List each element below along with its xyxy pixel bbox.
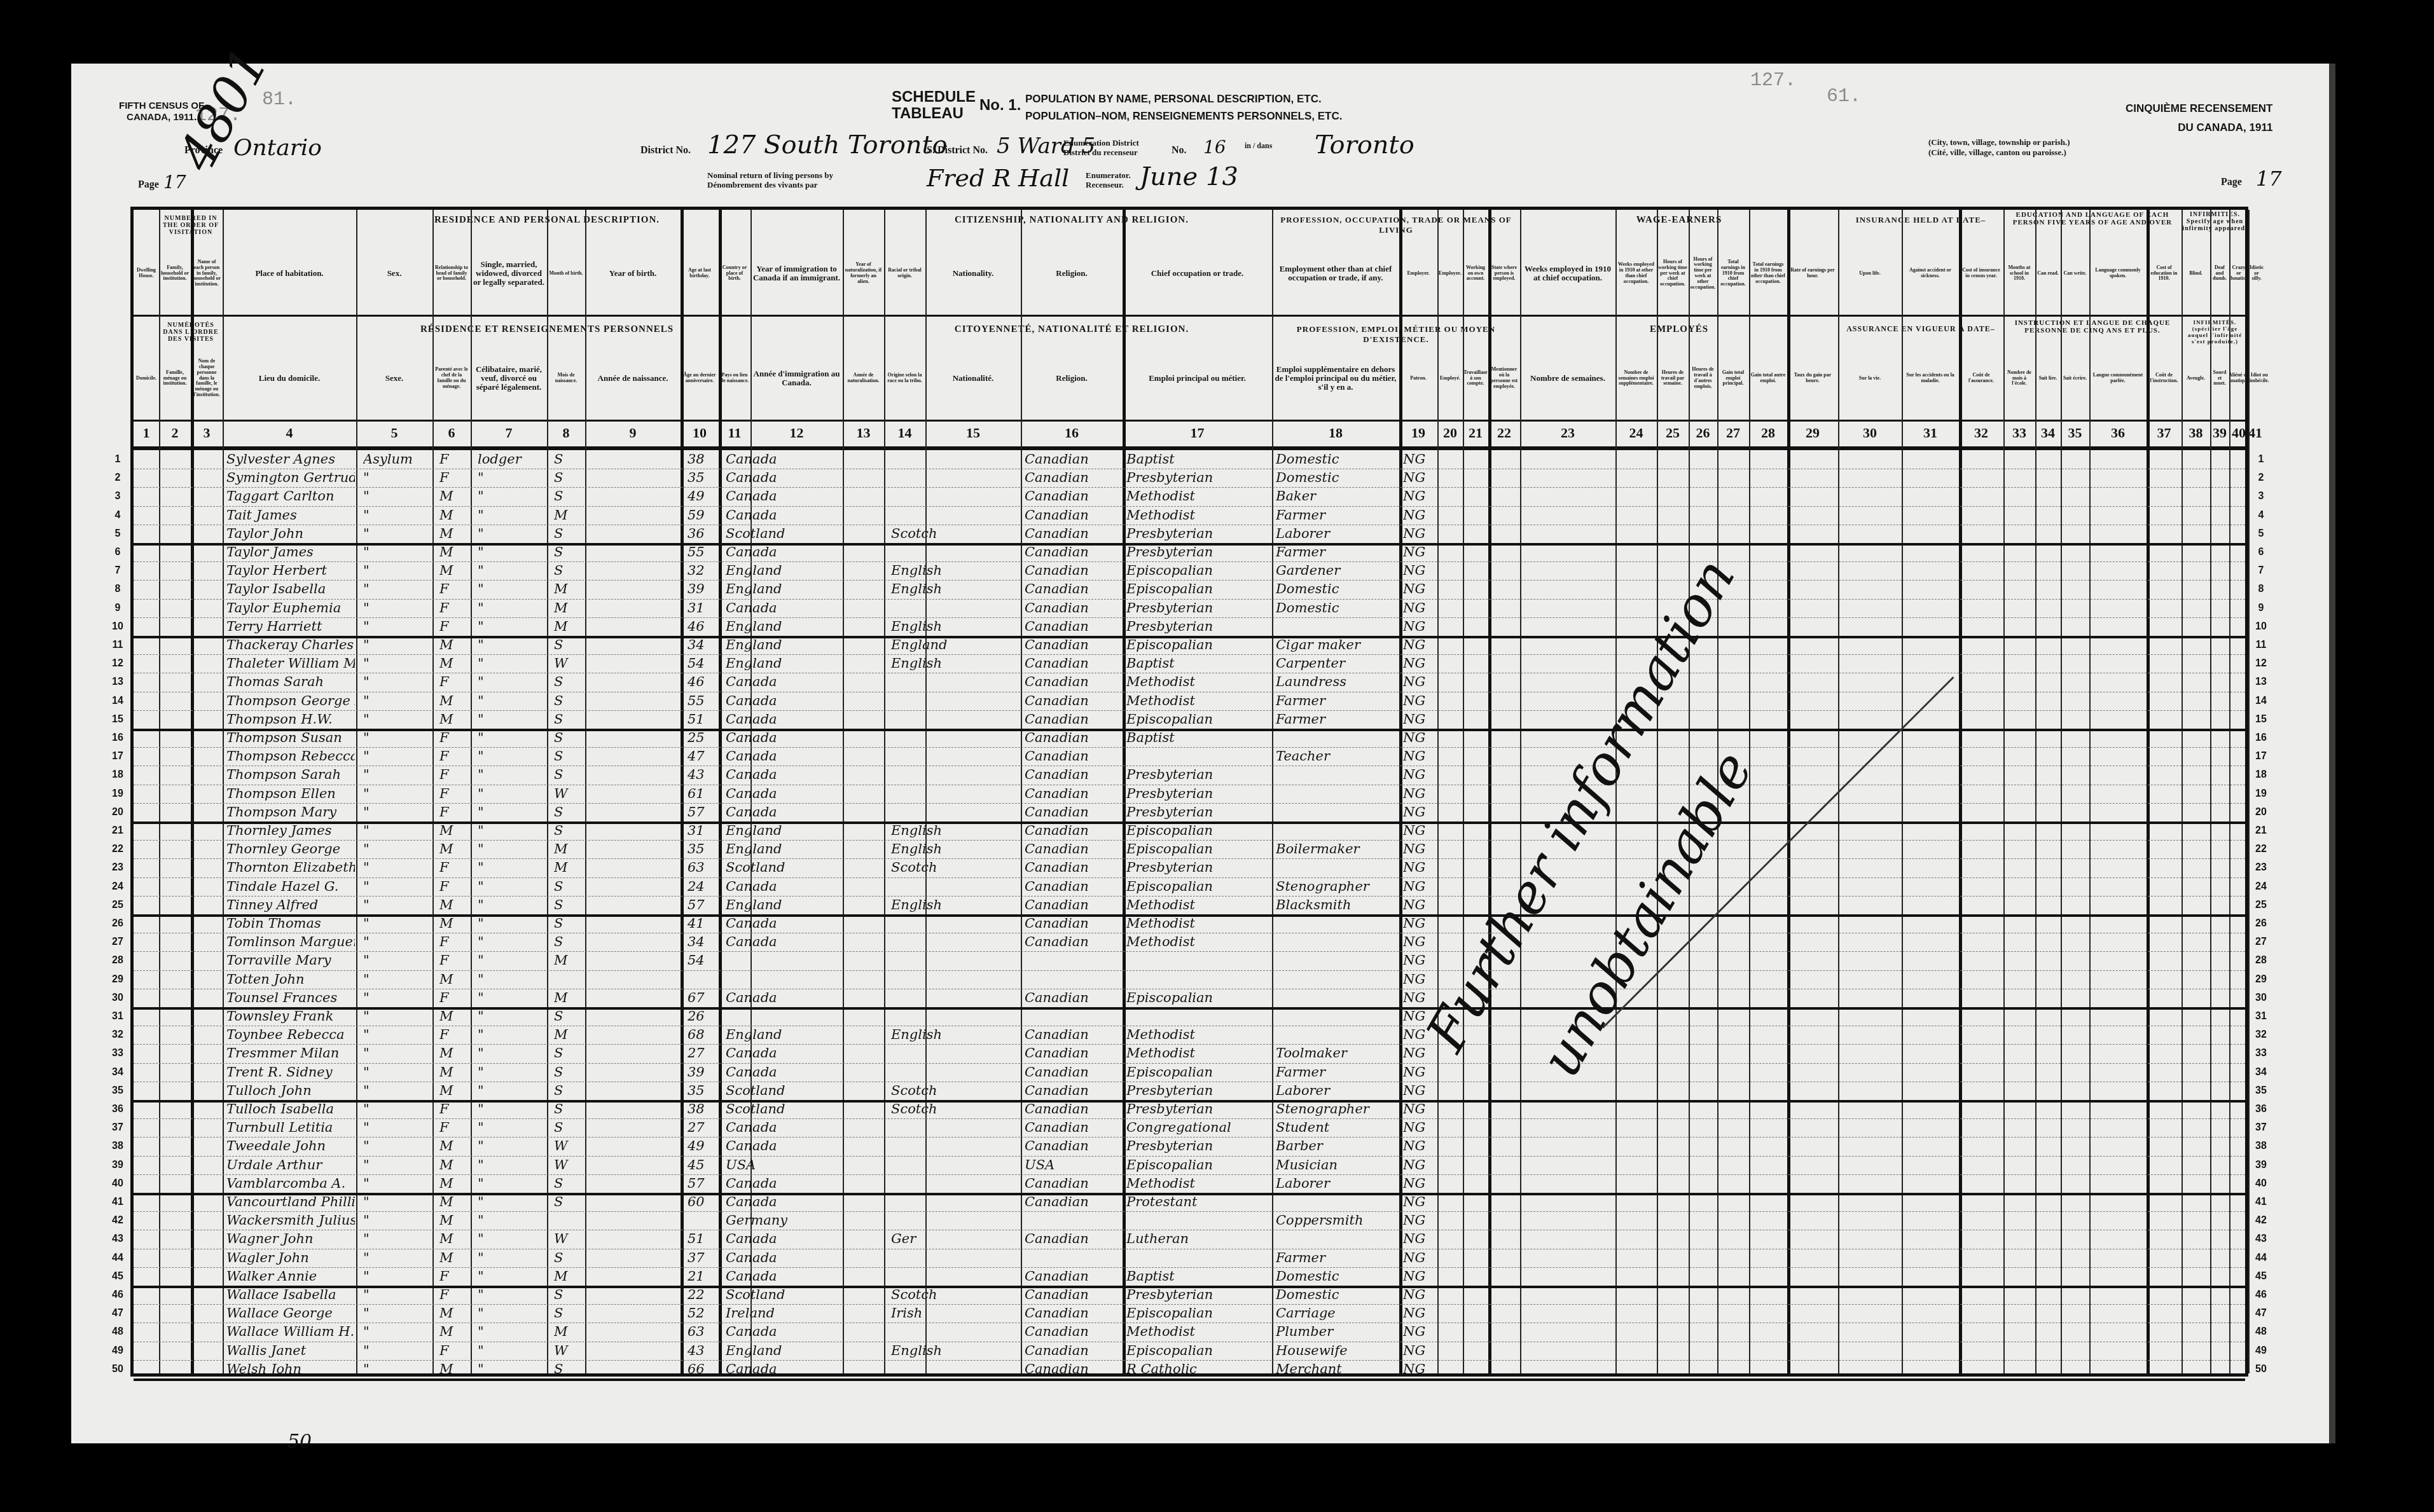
district-value: 127 South Toronto <box>707 130 948 160</box>
cell-mark: NG <box>1403 1083 1436 1098</box>
cell-habitation: " <box>363 711 428 727</box>
cell-habitation: " <box>363 823 428 838</box>
column-header-fr: Sur la vie. <box>1839 340 1900 416</box>
line-number: 33 <box>108 1048 127 1059</box>
line-number: 3 <box>108 491 127 502</box>
cell-mark: NG <box>1403 1101 1436 1117</box>
cell-habitation: " <box>363 1064 428 1080</box>
line-number: 22 <box>2251 844 2271 855</box>
table-row: 1616Thompson Susan"F"S25CanadaCanadianBa… <box>134 729 2245 747</box>
column-number: 1 <box>134 425 159 441</box>
table-row: 2121Thornley James"M"S31EnglandEnglishCa… <box>134 821 2245 840</box>
column-header-fr: Coût de l'assurance. <box>1960 340 2002 416</box>
census-title-fr: CINQUIÈME RECENSEMENT DU CANADA, 1911 <box>2126 99 2272 137</box>
column-header-fr: Travaillant à son compte. <box>1464 340 1487 416</box>
cell-sex: F <box>439 952 466 968</box>
cell-age: 57 <box>688 1176 714 1191</box>
cell-habitation: " <box>363 656 428 671</box>
column-number: 27 <box>1717 425 1749 441</box>
cell-age: 32 <box>688 563 714 578</box>
cell-nationality: Canadian <box>1025 1194 1118 1209</box>
cell-sex: M <box>439 1194 466 1209</box>
line-number: 9 <box>2251 603 2271 614</box>
cell-nationality: Canadian <box>1025 1231 1118 1246</box>
cell-religion: Methodist <box>1126 934 1268 949</box>
cell-relation: " <box>478 1343 543 1358</box>
cell-birthplace: Canada <box>726 674 810 689</box>
cell-name: Taylor Euphemia <box>226 600 355 615</box>
cell-name: Thompson Rebecca <box>226 748 355 764</box>
column-number: 40 <box>2229 425 2248 441</box>
column-header-en: Blind. <box>2183 235 2209 312</box>
cell-status: S <box>554 1361 581 1377</box>
line-number: 4 <box>108 510 127 521</box>
cell-habitation: " <box>363 972 428 987</box>
line-number: 5 <box>108 528 127 540</box>
cell-mark: NG <box>1403 1343 1436 1358</box>
nominal-return-en: Nominal return of living persons by <box>707 170 833 180</box>
scan-border-left <box>0 64 71 1507</box>
cell-habitation: " <box>363 990 428 1005</box>
cell-mark: NG <box>1403 897 1436 912</box>
column-header-fr: Taux du gain par heure. <box>1788 340 1837 416</box>
cell-habitation: " <box>363 1157 428 1172</box>
cell-religion: Methodist <box>1126 693 1268 708</box>
cell-religion: Congregational <box>1126 1120 1268 1135</box>
cell-religion: Episcopalian <box>1126 563 1268 578</box>
line-number: 21 <box>2251 825 2271 837</box>
cell-name: Thackeray Charles <box>226 637 355 652</box>
cell-occupation: Plumber <box>1276 1324 1398 1339</box>
cell-name: Thompson Mary <box>226 804 355 820</box>
column-number: 4 <box>223 425 356 441</box>
cell-birthplace: England <box>726 656 810 671</box>
column-header-en: Month of birth. <box>548 235 584 312</box>
line-number: 37 <box>2251 1122 2271 1134</box>
cell-sex: M <box>439 841 466 856</box>
cell-birthplace: Canada <box>726 934 810 949</box>
cell-occupation: Farmer <box>1276 544 1398 560</box>
line-number: 10 <box>2251 621 2271 633</box>
table-row: 3131Townsley Frank"M"S26NG <box>134 1007 2245 1026</box>
cell-nationality: Canadian <box>1025 1101 1118 1117</box>
column-number: 23 <box>1520 425 1615 441</box>
cell-occupation: Laborer <box>1276 526 1398 541</box>
stamp-81-left: 81. <box>262 89 296 111</box>
line-number: 27 <box>108 937 127 948</box>
cell-sex: F <box>439 619 466 634</box>
cell-religion: Presbyterian <box>1126 470 1268 485</box>
cell-age: 52 <box>688 1305 714 1321</box>
cell-name: Thomas Sarah <box>226 674 355 689</box>
cell-relation: " <box>478 1083 543 1098</box>
column-header-en: Weeks employed in 1910 at chief occupati… <box>1521 235 1614 312</box>
cell-status: M <box>554 600 581 615</box>
table-row: 3232Toynbee Rebecca"F"M68EnglandEnglishC… <box>134 1026 2245 1044</box>
section-insurance-fr: ASSURANCE EN VIGUEUR À DATE– <box>1838 324 2003 334</box>
cell-status: W <box>554 1157 581 1172</box>
province-label: Province <box>184 145 223 156</box>
cell-occupation: Domestic <box>1276 1287 1398 1302</box>
cell-sex: F <box>439 470 466 485</box>
column-header-en: Idiotic or silly. <box>2250 235 2264 312</box>
column-header-fr: Pays ou lieu de naissance. <box>720 340 749 416</box>
cell-birthplace: Scotland <box>726 1287 810 1302</box>
line-number: 17 <box>2251 751 2271 762</box>
cell-nationality: Canadian <box>1025 823 1118 838</box>
cell-status: S <box>554 1064 581 1080</box>
column-header-en: Year of immigration to Canada if an immi… <box>752 235 841 312</box>
cell-religion: Episcopalian <box>1126 879 1268 894</box>
cell-occupation: Laundress <box>1276 674 1398 689</box>
column-number: 25 <box>1657 425 1689 441</box>
column-header-en: Deaf and dumb. <box>2211 235 2228 312</box>
cell-occupation: Domestic <box>1276 451 1398 467</box>
cell-birthplace: Canada <box>726 1361 810 1377</box>
cell-sex: F <box>439 674 466 689</box>
cell-habitation: " <box>363 879 428 894</box>
cell-name: Townsley Frank <box>226 1008 355 1024</box>
cell-age: 66 <box>688 1361 714 1377</box>
cell-birthplace: Canada <box>726 507 810 523</box>
cell-status: S <box>554 916 581 931</box>
line-number: 21 <box>108 825 127 837</box>
column-header-fr: Mois de naissance. <box>548 340 584 416</box>
cell-relation: " <box>478 600 543 615</box>
cell-habitation: " <box>363 1231 428 1246</box>
enumeration-date: June 13 <box>1140 162 1238 191</box>
cell-name: Wagner John <box>226 1231 355 1246</box>
cell-mark: NG <box>1403 711 1436 727</box>
column-number: 17 <box>1123 425 1272 441</box>
column-header-en: Against accident or sickness. <box>1903 235 1958 312</box>
cell-name: Taggart Carlton <box>226 488 355 504</box>
line-number: 39 <box>108 1160 127 1171</box>
cell-occupation: Farmer <box>1276 693 1398 708</box>
cell-mark: NG <box>1403 1213 1436 1228</box>
cell-status: W <box>554 1231 581 1246</box>
column-header-fr: Gain total autre emploi. <box>1750 340 1786 416</box>
cell-habitation: " <box>363 934 428 949</box>
cell-relation: " <box>478 972 543 987</box>
cell-age: 25 <box>688 730 714 745</box>
cell-religion: Baptist <box>1126 730 1268 745</box>
line-number: 39 <box>2251 1160 2271 1171</box>
cell-occupation: Stenographer <box>1276 879 1398 894</box>
column-number: 31 <box>1902 425 1959 441</box>
table-row: 4848Wallace William H."M"M63CanadaCanadi… <box>134 1323 2245 1341</box>
cell-status: S <box>554 1101 581 1117</box>
cell-mark: NG <box>1403 544 1436 560</box>
cell-name: Thornley James <box>226 823 355 838</box>
cell-origin: English <box>891 897 1020 912</box>
cell-relation: " <box>478 711 543 727</box>
cell-religion: Baptist <box>1126 656 1268 671</box>
table-row: 1919Thompson Ellen"F"W61CanadaCanadianPr… <box>134 785 2245 803</box>
cell-mark: NG <box>1403 804 1436 820</box>
line-number: 41 <box>108 1197 127 1208</box>
cell-status: S <box>554 1176 581 1191</box>
schedule-desc: POPULATION BY NAME, PERSONAL DESCRIPTION… <box>1025 90 1342 125</box>
cell-sex: M <box>439 972 466 987</box>
cell-sex: M <box>439 544 466 560</box>
cell-origin: Ger <box>891 1231 1020 1246</box>
cell-habitation: " <box>363 470 428 485</box>
table-row: 2525Tinney Alfred"M"S57EnglandEnglishCan… <box>134 896 2245 914</box>
cell-relation: " <box>478 1157 543 1172</box>
cell-origin: English <box>891 1343 1020 1358</box>
column-header-fr: Patron. <box>1400 340 1436 416</box>
table-row: 88Taylor Isabella"F"M39EnglandEnglishCan… <box>134 580 2245 598</box>
cell-origin: English <box>891 656 1020 671</box>
cell-nationality: Canadian <box>1025 1027 1118 1042</box>
cell-status: S <box>554 637 581 652</box>
cell-name: Welsh John <box>226 1361 355 1377</box>
cell-relation: " <box>478 1287 543 1302</box>
cell-occupation: Cigar maker <box>1276 637 1398 652</box>
cell-habitation: " <box>363 916 428 931</box>
cell-sex: M <box>439 916 466 931</box>
cell-age: 38 <box>688 1101 714 1117</box>
cell-age: 46 <box>688 674 714 689</box>
column-number: 9 <box>585 425 681 441</box>
cell-age: 54 <box>688 952 714 968</box>
cell-relation: " <box>478 916 543 931</box>
column-number: 21 <box>1463 425 1488 441</box>
cell-age: 31 <box>688 823 714 838</box>
cell-habitation: " <box>363 767 428 782</box>
cell-nationality: Canadian <box>1025 1045 1118 1061</box>
subdistrict-label: S. District No. <box>927 145 988 156</box>
table-row: 2020Thompson Mary"F"S57CanadaCanadianPre… <box>134 803 2245 821</box>
enumerator-en: Enumerator. <box>1086 170 1131 180</box>
cell-birthplace: Canada <box>726 488 810 504</box>
cell-mark: NG <box>1403 1231 1436 1246</box>
cell-sex: M <box>439 1083 466 1098</box>
cell-nationality: Canadian <box>1025 544 1118 560</box>
cell-occupation: Student <box>1276 1120 1398 1135</box>
cell-status: S <box>554 674 581 689</box>
cell-relation: " <box>478 990 543 1005</box>
cell-sex: F <box>439 730 466 745</box>
line-number: 34 <box>108 1067 127 1078</box>
cell-sex: M <box>439 563 466 578</box>
table-row: 3737Turnbull Letitia"F"S27CanadaCanadian… <box>134 1118 2245 1137</box>
column-header-fr: Religion. <box>1022 340 1121 416</box>
cell-habitation: " <box>363 1361 428 1377</box>
cell-status: S <box>554 767 581 782</box>
enumerator-name: Fred R Hall <box>927 164 1069 192</box>
cell-status: M <box>554 581 581 596</box>
cell-name: Tulloch John <box>226 1083 355 1098</box>
column-header-fr: Parenté avec le chef de la famille ou du… <box>434 340 469 416</box>
line-number: 36 <box>2251 1104 2271 1115</box>
cell-mark: NG <box>1403 748 1436 764</box>
cell-relation: " <box>478 1250 543 1265</box>
column-number: 14 <box>884 425 925 441</box>
table-row: 1212Thaleter William M."M"W54EnglandEngl… <box>134 654 2245 673</box>
cell-sex: F <box>439 1027 466 1042</box>
page-number-right: 17 <box>2256 167 2282 191</box>
column-header-en: Rate of earnings per hour. <box>1788 235 1837 312</box>
column-number: 24 <box>1615 425 1657 441</box>
cell-nationality: Canadian <box>1025 1268 1118 1284</box>
column-number: 22 <box>1488 425 1520 441</box>
line-number: 25 <box>2251 900 2271 911</box>
column-header-en: Name of each person in family, household… <box>192 235 221 312</box>
cell-nationality: Canadian <box>1025 563 1118 578</box>
cell-nationality: Canadian <box>1025 730 1118 745</box>
line-number: 13 <box>108 677 127 688</box>
cell-relation: " <box>478 656 543 671</box>
cell-habitation: " <box>363 1008 428 1024</box>
line-number: 13 <box>2251 677 2271 688</box>
cell-religion: Presbyterian <box>1126 1287 1268 1302</box>
table-row: 4141Vancourtland Phillip"M"S60CanadaCana… <box>134 1193 2245 1211</box>
line-number: 31 <box>2251 1011 2271 1022</box>
line-number: 29 <box>108 974 127 986</box>
cell-status: S <box>554 1250 581 1265</box>
place-hint-fr: (Cité, ville, village, canton ou paroiss… <box>1928 148 2070 158</box>
line-number: 2 <box>2251 472 2271 484</box>
cell-age: 27 <box>688 1120 714 1135</box>
cell-status: S <box>554 563 581 578</box>
cell-status: M <box>554 860 581 875</box>
cell-mark: NG <box>1403 1064 1436 1080</box>
column-number: 10 <box>681 425 719 441</box>
cell-relation: " <box>478 1027 543 1042</box>
table-row: 3535Tulloch John"M"S35ScotlandScotchCana… <box>134 1082 2245 1100</box>
table-row: 3636Tulloch Isabella"F"S38ScotlandScotch… <box>134 1100 2245 1118</box>
column-header-fr: Année de naissance. <box>586 340 679 416</box>
cell-name: Thompson Susan <box>226 730 355 745</box>
cell-status: W <box>554 786 581 801</box>
cell-mark: NG <box>1403 916 1436 931</box>
column-header-fr: Sourd et muet. <box>2211 340 2228 416</box>
schedule-label: SCHEDULE TABLEAU <box>892 89 976 122</box>
section-citizenship-fr: CITOYENNETÉ, NATIONALITÉ ET RELIGION. <box>871 324 1272 335</box>
cell-name: Thompson George R. <box>226 693 355 708</box>
cell-sex: M <box>439 526 466 541</box>
cell-age: 26 <box>688 1008 714 1024</box>
column-header-en: Year of birth. <box>586 235 679 312</box>
cell-birthplace: Canada <box>726 1231 810 1246</box>
cell-mark: NG <box>1403 860 1436 875</box>
district-label: District No. <box>640 145 691 156</box>
cell-sex: M <box>439 637 466 652</box>
cell-nationality: USA <box>1025 1157 1118 1172</box>
cell-birthplace: Canada <box>726 1120 810 1135</box>
cell-birthplace: Canada <box>726 600 810 615</box>
cell-relation: " <box>478 1305 543 1321</box>
line-number: 18 <box>108 769 127 781</box>
cell-habitation: " <box>363 804 428 820</box>
cell-habitation: " <box>363 1138 428 1153</box>
cell-nationality: Canadian <box>1025 637 1118 652</box>
cell-birthplace: England <box>726 581 810 596</box>
table-row: 4646Wallace Isabella"F"S22ScotlandScotch… <box>134 1286 2245 1304</box>
cell-origin: Irish <box>891 1305 1020 1321</box>
cell-name: Tomlinson Marguerite <box>226 934 355 949</box>
column-header-en: Age at last birthday. <box>682 235 717 312</box>
column-number: 28 <box>1749 425 1787 441</box>
column-header-fr: Nom de chaque personne dans la famille, … <box>192 340 221 416</box>
column-header-en: Dwelling House. <box>135 235 158 312</box>
cell-age: 63 <box>688 1324 714 1339</box>
column-rule <box>2248 210 2250 1373</box>
cell-status: S <box>554 544 581 560</box>
nominal-return-label: Nominal return of living persons by Déno… <box>707 170 833 189</box>
column-header-fr: Emploi principal ou métier. <box>1124 340 1271 416</box>
column-header-fr: Âge au dernier anniversaire. <box>682 340 717 416</box>
cell-status: S <box>554 748 581 764</box>
cell-name: Taylor John <box>226 526 355 541</box>
cell-occupation: Teacher <box>1276 748 1398 764</box>
cell-habitation: " <box>363 1101 428 1117</box>
cell-sex: F <box>439 600 466 615</box>
line-number: 15 <box>108 714 127 725</box>
cell-birthplace: Scotland <box>726 526 810 541</box>
table-row: 1313Thomas Sarah"F"S46CanadaCanadianMeth… <box>134 673 2245 691</box>
header-divider-2 <box>134 420 2245 422</box>
cell-relation: " <box>478 526 543 541</box>
column-header-en: Upon life. <box>1839 235 1900 312</box>
cell-sex: M <box>439 1361 466 1377</box>
line-number: 31 <box>108 1011 127 1022</box>
cell-nationality: Canadian <box>1025 1176 1118 1191</box>
cell-name: Thaleter William M. <box>226 656 355 671</box>
column-header-fr: Sexe. <box>357 340 431 416</box>
table-row: 11Sylvester AgnesAsylumFlodgerS38CanadaC… <box>134 450 2245 469</box>
column-header-fr: Gain total emploi principal. <box>1718 340 1748 416</box>
cell-mark: NG <box>1403 786 1436 801</box>
cell-religion: Episcopalian <box>1126 1064 1268 1080</box>
cell-origin: English <box>891 581 1020 596</box>
column-header-en: Nationality. <box>927 235 1020 312</box>
cell-age: 54 <box>688 656 714 671</box>
line-number: 18 <box>2251 769 2271 781</box>
table-row: 3939Urdale Arthur"M"W45USAUSAEpiscopalia… <box>134 1156 2245 1174</box>
cell-relation: " <box>478 637 543 652</box>
cell-habitation: " <box>363 600 428 615</box>
cell-status: S <box>554 804 581 820</box>
column-header-en: Weeks employed in 1910 at other than chi… <box>1617 235 1656 312</box>
table-row: 99Taylor Euphemia"F"M31CanadaCanadianPre… <box>134 599 2245 617</box>
line-number: 16 <box>108 732 127 744</box>
cell-nationality: Canadian <box>1025 581 1118 596</box>
cell-age: 39 <box>688 581 714 596</box>
cell-birthplace: Canada <box>726 544 810 560</box>
line-number: 5 <box>2251 528 2271 540</box>
table-row: 3434Trent R. Sidney"M"S39CanadaCanadianE… <box>134 1063 2245 1082</box>
cell-relation: " <box>478 507 543 523</box>
cell-habitation: " <box>363 1268 428 1284</box>
line-number: 20 <box>2251 807 2271 818</box>
column-number: 39 <box>2210 425 2229 441</box>
table-row: 44Tait James"M"M59CanadaCanadianMethodis… <box>134 506 2245 525</box>
column-header-en: Total earnings in 1910 from chief occupa… <box>1718 235 1748 312</box>
page-number-left: 17 <box>163 172 186 193</box>
line-number: 42 <box>2251 1215 2271 1227</box>
cell-mark: NG <box>1403 600 1436 615</box>
column-header-fr: Sur les accidents ou la maladie. <box>1903 340 1958 416</box>
cell-relation: " <box>478 1008 543 1024</box>
column-number: 33 <box>2003 425 2035 441</box>
cell-name: Wallis Janet <box>226 1343 355 1358</box>
cell-mark: NG <box>1403 1120 1436 1135</box>
cell-nationality: Canadian <box>1025 1064 1118 1080</box>
cell-occupation: Domestic <box>1276 600 1398 615</box>
